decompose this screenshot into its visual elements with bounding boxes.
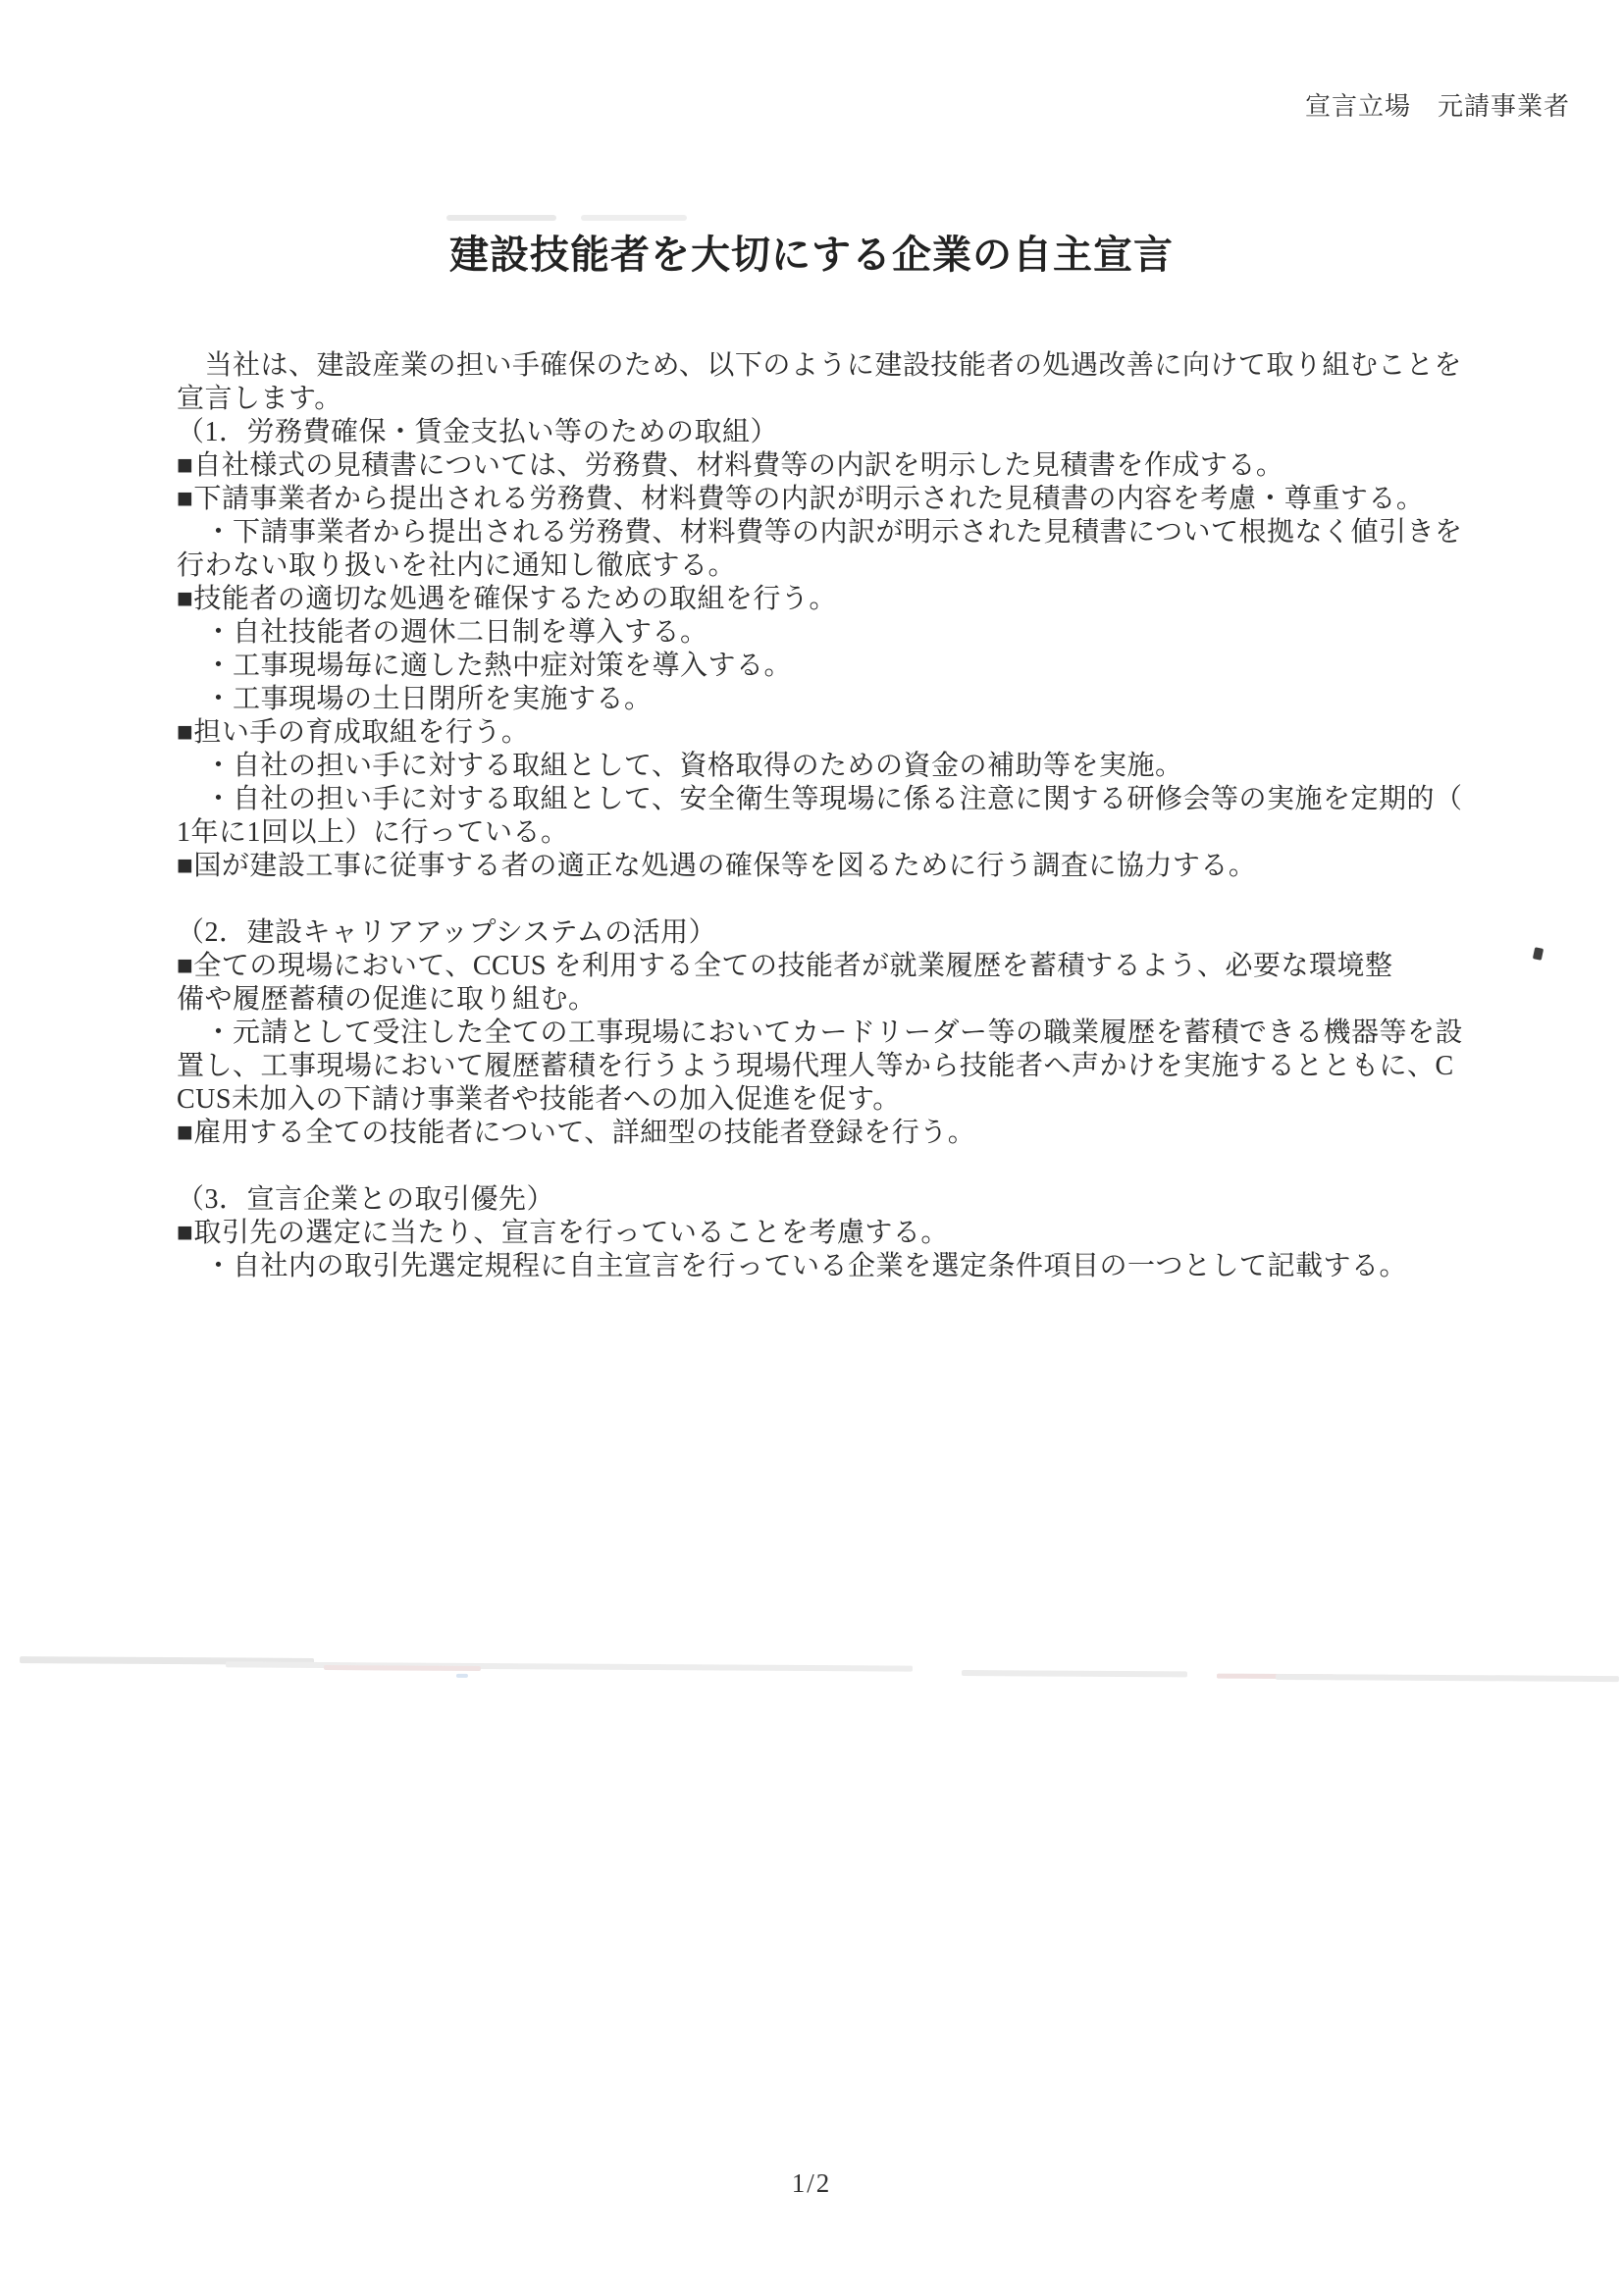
text-line: ・下請事業者から提出される労務費、材料費等の内訳が明示された見積書について根拠な… <box>177 516 1541 549</box>
text-line: （1．労務費確保・賃金支払い等のための取組） <box>177 416 1541 449</box>
text-line: ■取引先の選定に当たり、宣言を行っていることを考慮する。 <box>177 1217 1541 1250</box>
page-number: 1/2 <box>0 2168 1623 2199</box>
text-line: （3．宣言企業との取引優先） <box>177 1183 1541 1217</box>
text-line: ■担い手の育成取組を行う。 <box>177 716 1541 750</box>
text-line: ■下請事業者から提出される労務費、材料費等の内訳が明示された見積書の内容を考慮・… <box>177 483 1541 516</box>
scan-artifact-segment <box>20 1656 314 1665</box>
document-title: 建設技能者を大切にする企業の自主宣言 <box>0 224 1623 280</box>
text-line: ・元請として受注した全ての工事現場においてカードリーダー等の職業履歴を蓄積できる… <box>177 1017 1541 1050</box>
text-line: ・工事現場の土日閉所を実施する。 <box>177 683 1541 716</box>
text-line: ・自社技能者の週休二日制を導入する。 <box>177 616 1541 650</box>
blank-line <box>177 1150 1541 1183</box>
scan-artifact-segment <box>324 1665 481 1671</box>
scan-artifact-segment <box>962 1670 1187 1677</box>
text-line: CUS未加入の下請け事業者や技能者への加入促進を促す。 <box>177 1083 1541 1117</box>
blank-line <box>177 883 1541 916</box>
scan-artifact-segment <box>456 1674 468 1678</box>
scan-smudge <box>581 215 687 221</box>
scan-smudge <box>446 215 556 221</box>
text-line: ■自社様式の見積書については、労務費、材料費等の内訳を明示した見積書を作成する。 <box>177 449 1541 483</box>
text-line: 置し、工事現場において履歴蓄積を行うよう現場代理人等から技能者へ声かけを実施する… <box>177 1050 1541 1083</box>
text-line: （2．建設キャリアアップシステムの活用） <box>177 916 1541 950</box>
text-line: 宣言します。 <box>177 383 1541 416</box>
text-line: ■雇用する全ての技能者について、詳細型の技能者登録を行う。 <box>177 1117 1541 1150</box>
scan-artifact-segment <box>1217 1674 1335 1680</box>
text-line: ・工事現場毎に適した熱中症対策を導入する。 <box>177 650 1541 683</box>
scan-artifact-segment <box>1276 1674 1619 1682</box>
text-line: 当社は、建設産業の担い手確保のため、以下のように建設技能者の処遇改善に向けて取り… <box>177 349 1541 383</box>
text-line: 行わない取り扱いを社内に通知し徹底する。 <box>177 549 1541 583</box>
document-page: 宣言立場 元請事業者 建設技能者を大切にする企業の自主宣言 当社は、建設産業の担… <box>0 0 1623 2296</box>
text-line: ■全ての現場において、CCUS を利用する全ての技能者が就業履歴を蓄積するよう、… <box>177 950 1541 983</box>
text-line: 備や履歴蓄積の促進に取り組む。 <box>177 983 1541 1017</box>
declaration-position-label: 宣言立場 元請事業者 <box>1207 86 1570 123</box>
text-line: 1年に1回以上）に行っている。 <box>177 816 1541 850</box>
text-line: ・自社の担い手に対する取組として、資格取得のための資金の補助等を実施。 <box>177 750 1541 783</box>
scan-artifact-segment <box>226 1661 913 1671</box>
scan-speck <box>1533 947 1544 961</box>
text-line: ・自社の担い手に対する取組として、安全衛生等現場に係る注意に関する研修会等の実施… <box>177 783 1541 816</box>
text-line: ・自社内の取引先選定規程に自主宣言を行っている企業を選定条件項目の一つとして記載… <box>177 1250 1541 1283</box>
scan-artifact-band <box>0 1654 1623 1694</box>
document-body: 当社は、建設産業の担い手確保のため、以下のように建設技能者の処遇改善に向けて取り… <box>177 349 1541 1283</box>
text-line: ■技能者の適切な処遇を確保するための取組を行う。 <box>177 583 1541 616</box>
text-line: ■国が建設工事に従事する者の適正な処遇の確保等を図るために行う調査に協力する。 <box>177 850 1541 883</box>
